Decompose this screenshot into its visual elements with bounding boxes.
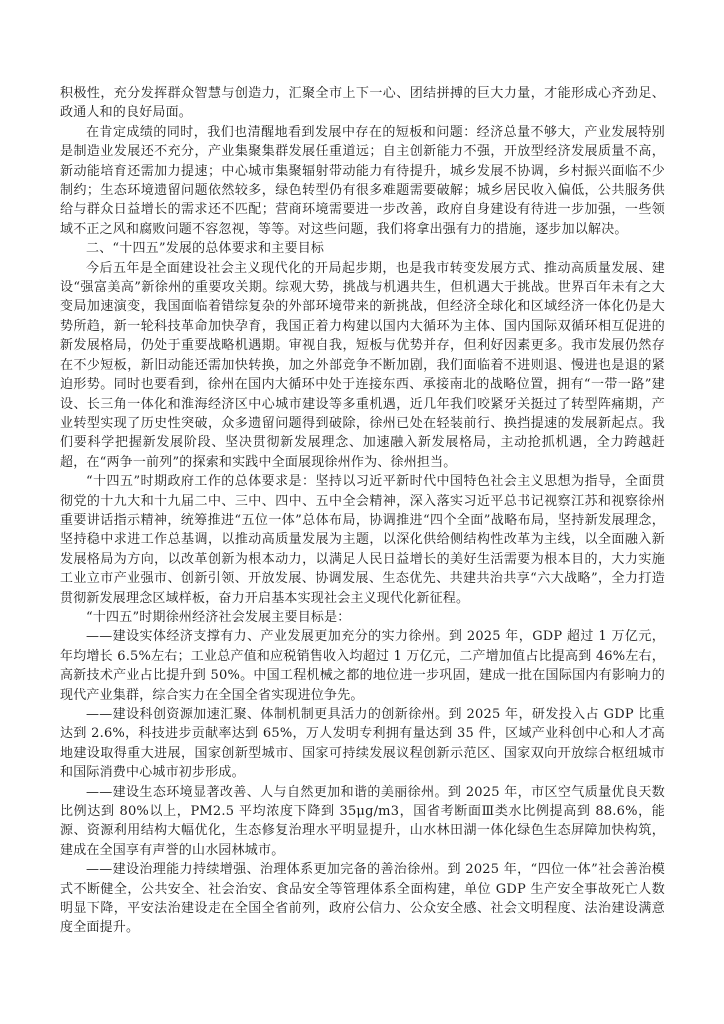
paragraph: ——建设生态环境显著改善、人与自然更加和谐的美丽徐州。到 2025 年，市区空气… bbox=[60, 783, 665, 861]
paragraph: “十四五”时期徐州经济社会发展主要目标是： bbox=[60, 608, 665, 627]
section-heading: 二、“十四五”发展的总体要求和主要目标 bbox=[60, 239, 665, 258]
paragraph: ——建设实体经济支撑有力、产业发展更加充分的实力徐州。到 2025 年，GDP … bbox=[60, 627, 665, 705]
paragraph: ——建设科创资源加速汇聚、体制机制更具活力的创新徐州。到 2025 年，研发投入… bbox=[60, 705, 665, 783]
paragraph: 在肯定成绩的同时，我们也清醒地看到发展中存在的短板和问题：经济总量不够大，产业发… bbox=[60, 123, 665, 239]
document-page: 积极性，充分发挥群众智慧与创造力，汇聚全市上下一心、团结拼搏的巨大力量，才能形成… bbox=[0, 0, 724, 1024]
paragraph: “十四五”时期政府工作的总体要求是：坚持以习近平新时代中国特色社会主义思想为指导… bbox=[60, 472, 665, 608]
paragraph: 今后五年是全面建设社会主义现代化的开局起步期，也是我市转变发展方式、推动高质量发… bbox=[60, 259, 665, 472]
paragraph: 积极性，充分发挥群众智慧与创造力，汇聚全市上下一心、团结拼搏的巨大力量，才能形成… bbox=[60, 84, 665, 123]
paragraph: ——建设治理能力持续增强、治理体系更加完备的善治徐州。到 2025 年，“四位一… bbox=[60, 860, 665, 938]
